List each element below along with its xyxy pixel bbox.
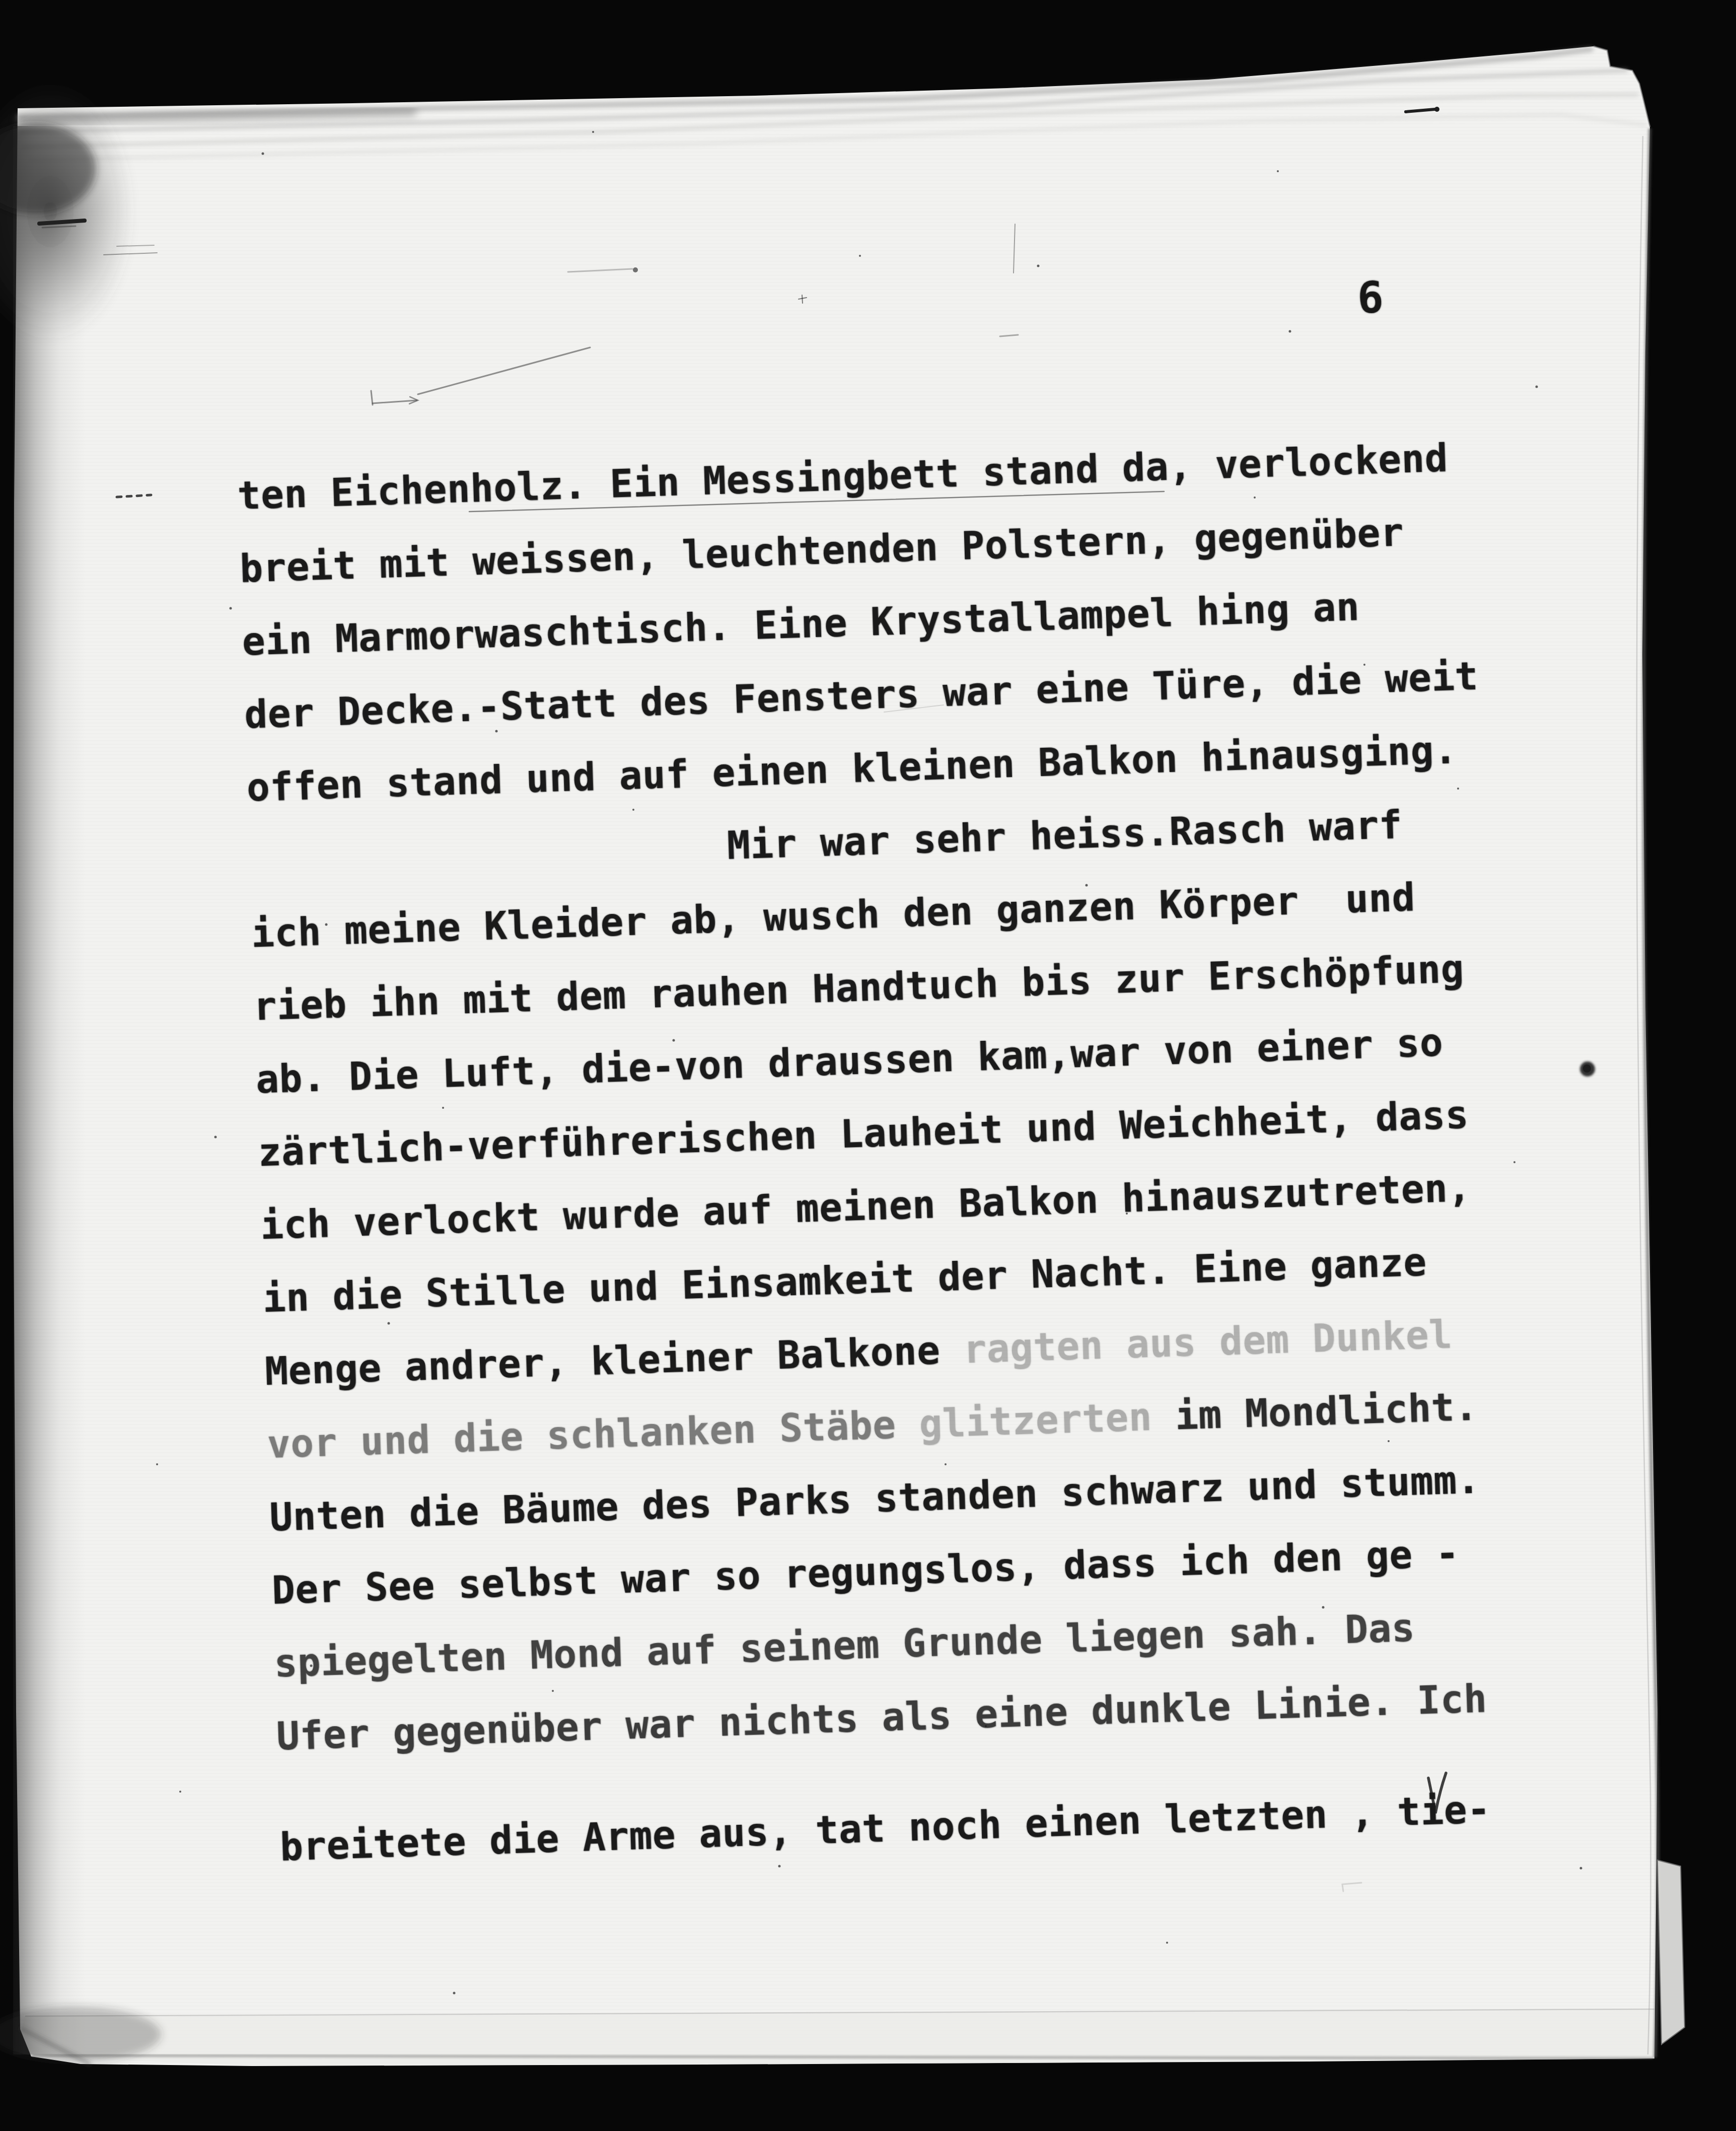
page-scanline-texture [13, 46, 1657, 2066]
page-number: 6 [1356, 272, 1384, 324]
pencil-arrow-blob [633, 267, 638, 272]
scanned-document: 6 ten Eichenholz. Ein Messingbett stand … [0, 0, 1736, 2131]
bottom-right-page-sliver [1657, 1860, 1685, 2044]
ink-blot [1580, 1061, 1595, 1077]
speck-cross-2 [802, 295, 803, 303]
page-scan-artwork [0, 0, 1736, 2131]
top-right-dash-blob [1434, 107, 1439, 112]
left-gutter-shading [13, 126, 86, 2054]
